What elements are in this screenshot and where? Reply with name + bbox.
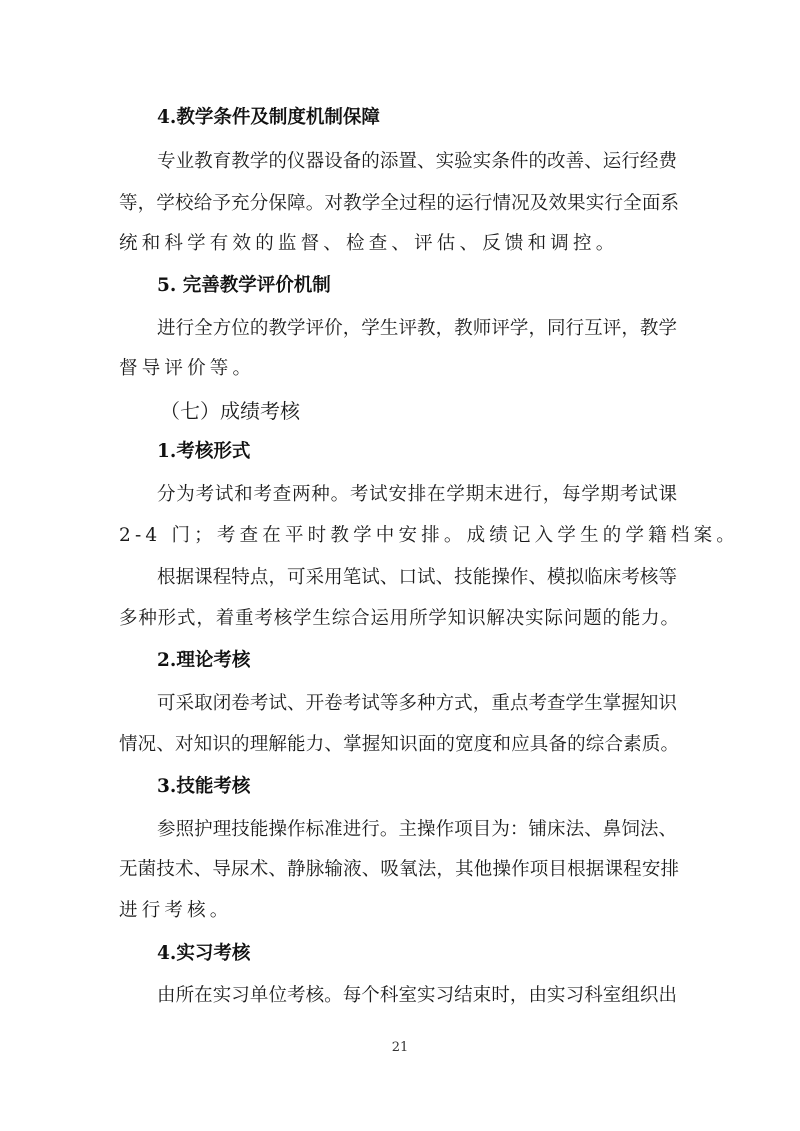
paragraph-line: 可采取闭卷考试、开卷考试等多种方式，重点考查学生掌握知识 (157, 693, 677, 715)
paragraph-line: 统和科学有效的监督、检查、评估、反馈和调控。 (119, 233, 618, 255)
paragraph-line: 专业教育教学的仪器设备的添置、实验实条件的改善、运行经费 (157, 151, 677, 173)
paragraph-line: 多种形式，着重考核学生综合运用所学知识解决实际问题的能力。 (119, 608, 679, 630)
page-number: 21 (0, 1040, 800, 1055)
heading-assessment-forms: 1.考核形式 (157, 441, 250, 463)
heading-skills-assessment: 3.技能考核 (157, 776, 250, 798)
paragraph-line: 进行考核。 (119, 900, 233, 922)
paragraph-line: 2-4 门；考查在平时教学中安排。成绩记入学生的学籍档案。 (119, 525, 739, 547)
paragraph-line: 等，学校给予充分保障。对教学全过程的运行情况及效果实行全面系 (119, 193, 679, 215)
section-title-grade-assessment: （七）成绩考核 (160, 400, 300, 422)
paragraph-line: 分为考试和考查两种。考试安排在学期末进行，每学期考试课 (157, 484, 677, 506)
paragraph-line: 进行全方位的教学评价，学生评教，教师评学，同行互评，教学 (157, 318, 677, 340)
heading-internship-assessment: 4.实习考核 (157, 943, 250, 965)
heading-theory-assessment: 2.理论考核 (157, 650, 250, 672)
paragraph-line: 参照护理技能操作标准进行。主操作项目为：铺床法、鼻饲法、 (157, 819, 677, 841)
paragraph-line: 情况、对知识的理解能力、掌握知识面的宽度和应具备的综合素质。 (119, 734, 679, 756)
paragraph-line: 根据课程特点，可采用笔试、口试、技能操作、模拟临床考核等 (157, 567, 677, 589)
paragraph-line: 督导评价等。 (119, 358, 255, 380)
paragraph-line: 由所在实习单位考核。每个科室实习结束时，由实习科室组织出 (157, 985, 677, 1007)
heading-evaluation-mechanism: 5. 完善教学评价机制 (157, 275, 331, 297)
paragraph-line: 无菌技术、导尿术、静脉输液、吸氧法，其他操作项目根据课程安排 (119, 859, 679, 881)
heading-teaching-conditions: 4.教学条件及制度机制保障 (157, 107, 380, 129)
